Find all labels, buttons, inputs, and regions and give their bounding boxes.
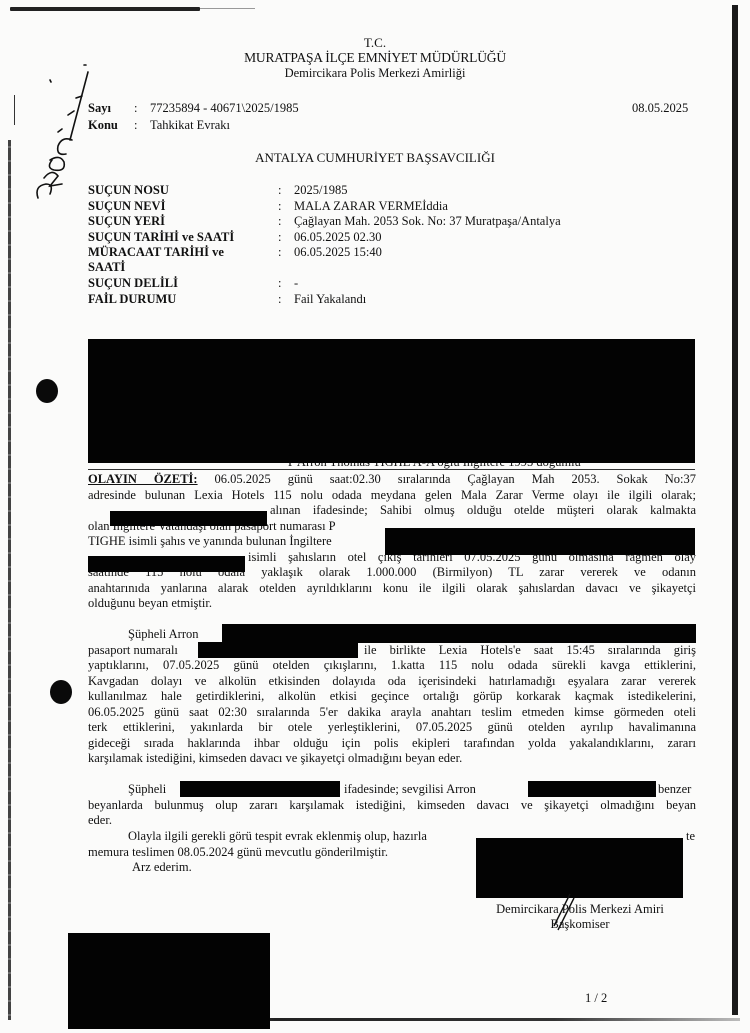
- header-directorate: MURATPAŞA İLÇE EMNİYET MÜDÜRLÜĞÜ: [0, 50, 750, 66]
- redaction-block: [88, 556, 245, 572]
- scan-artifact: [200, 8, 255, 9]
- field-label: SUÇUN DELİLİ: [88, 276, 278, 291]
- redaction-block: [222, 624, 696, 643]
- closing-line-end: te: [686, 829, 698, 845]
- field-value: Çağlayan Mah. 2053 Sok. No: 37 Muratpaşa…: [294, 214, 561, 229]
- punch-hole: [36, 379, 58, 403]
- redaction-block: [198, 642, 358, 658]
- redaction-block: [110, 511, 267, 526]
- signature-title: Demircikara Polis Merkezi Amiri: [470, 902, 690, 917]
- paragraph-line: benzer: [658, 782, 698, 798]
- paragraph-line: terk ettiklerini, yakınlarda bir otele y…: [88, 720, 696, 736]
- paragraph-line: Şüpheli: [128, 782, 188, 798]
- meta-sayi: Sayı:77235894 - 40671\2025/1985: [88, 101, 299, 116]
- punch-hole: [50, 680, 72, 704]
- field-label: MÜRACAAT TARİHİ ve SAATİ: [88, 245, 238, 275]
- separator: :: [278, 183, 281, 198]
- separator: :: [134, 118, 150, 133]
- field-label: SUÇUN TARİHİ ve SAATİ: [88, 230, 278, 245]
- separator: :: [134, 101, 150, 116]
- sayi-value: 77235894 - 40671\2025/1985: [150, 101, 299, 115]
- field-value: 06.05.2025 15:40: [294, 245, 382, 260]
- paragraph-line: pasaport numaralı: [88, 643, 198, 659]
- header-station: Demircikara Polis Merkezi Amirliği: [0, 66, 750, 81]
- redaction-block: [528, 781, 656, 797]
- field-value: 2025/1985: [294, 183, 347, 198]
- scan-artifact: [10, 7, 200, 11]
- paragraph-line: karşılamak istediğini, kimseden davacı v…: [88, 751, 696, 767]
- addressee: ANTALYA CUMHURİYET BAŞSAVCILIĞI: [0, 150, 750, 166]
- separator: :: [278, 230, 281, 245]
- partially-hidden-line: P Arron Thomas TIGHE A-A oğlu İngiltere …: [88, 463, 695, 470]
- summary-line: anahtarınıda yanlarına alarak otelden ay…: [88, 581, 696, 597]
- summary-line: OLAYIN ÖZETİ: 06.05.2025 günü saat:02.30…: [88, 472, 696, 488]
- field-value: MALA ZARAR VERMEİddia: [294, 199, 448, 214]
- summary-label: OLAYIN ÖZETİ:: [88, 472, 198, 486]
- redaction-block: [476, 838, 683, 898]
- scan-edge-left: [8, 140, 11, 1020]
- field-label: FAİL DURUMU: [88, 292, 278, 307]
- redaction-block: [88, 339, 695, 463]
- field-value: -: [294, 276, 298, 291]
- paragraph-line: 06.05.2025 günü saat 02:30 sıralarında 5…: [88, 705, 696, 721]
- header-tc: T.C.: [0, 35, 750, 51]
- document-page: T.C. MURATPAŞA İLÇE EMNİYET MÜDÜRLÜĞÜ De…: [0, 0, 750, 1033]
- field-value: Fail Yakalandı: [294, 292, 366, 307]
- meta-konu: Konu:Tahkikat Evrakı: [88, 118, 230, 133]
- paragraph-line: beyanlarda bulunmuş olup zararı karşılam…: [88, 798, 696, 814]
- separator: :: [278, 245, 281, 260]
- arz-ederim: Arz ederim.: [132, 860, 332, 876]
- paragraph-line: Kavgadan dolayı ve alkolün etkisinden do…: [88, 674, 696, 690]
- sayi-label: Sayı: [88, 101, 134, 116]
- summary-line: alınan ifadesinde; Sahibi olmuş olduğu o…: [270, 503, 696, 519]
- document-date: 08.05.2025: [632, 101, 688, 116]
- field-label: SUÇUN NEVİ: [88, 199, 278, 214]
- scan-edge-left-top: [14, 95, 15, 125]
- field-label: SUÇUN NOSU: [88, 183, 278, 198]
- summary-line: olduğunu beyan etmiştir.: [88, 596, 696, 612]
- paragraph-line: ile birlikte Lexia Hotels'e saat 15:45 s…: [364, 643, 696, 659]
- redaction-block: [68, 933, 270, 1029]
- paragraph-line: kullanılmaz hale getirdiklerini, alkolün…: [88, 689, 696, 705]
- paragraph-line: ifadesinde; sevgilisi Arron: [344, 782, 544, 798]
- konu-label: Konu: [88, 118, 134, 133]
- summary-line: adresinde bulunan Lexia Hotels 115 nolu …: [88, 488, 696, 504]
- paragraph-line: gideceği sırada haklarında ihbar olduğu …: [88, 736, 696, 752]
- field-label: SUÇUN YERİ: [88, 214, 278, 229]
- konu-value: Tahkikat Evrakı: [150, 118, 230, 132]
- signature-rank: Başkomiser: [470, 917, 690, 932]
- field-value: 06.05.2025 02.30: [294, 230, 382, 245]
- separator: :: [278, 292, 281, 307]
- page-number: 1 / 2: [585, 991, 607, 1006]
- separator: :: [278, 199, 281, 214]
- separator: :: [278, 276, 281, 291]
- separator: :: [278, 214, 281, 229]
- paragraph-line: yaptıklarını, 07.05.2025 günü otelden çı…: [88, 658, 696, 674]
- redaction-block: [385, 528, 695, 555]
- paragraph-line: eder.: [88, 813, 696, 829]
- redaction-block: [180, 781, 340, 797]
